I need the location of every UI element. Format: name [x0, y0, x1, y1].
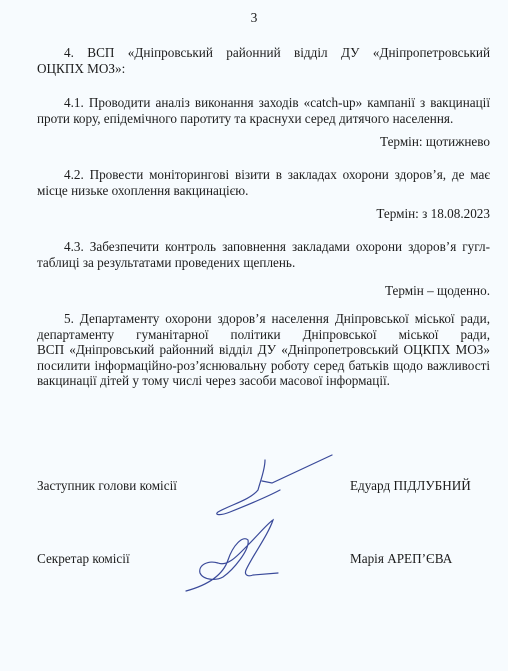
- signature-secretary-icon: [178, 515, 288, 595]
- section-4-1: 4.1. Проводити аналіз виконання заходів …: [37, 95, 490, 126]
- signature-name-secretary: Марія АРЕП’ЄВА: [350, 551, 452, 567]
- section-5-line-3: ВСП «Дніпровський районний відділ ДУ «Дн…: [37, 342, 490, 358]
- page-number: 3: [0, 10, 508, 26]
- section-4-2: 4.2. Провести моніторингові візити в зак…: [37, 167, 490, 198]
- section-4-1-line-2: проти кору, епідемічного паротиту та кра…: [37, 111, 490, 127]
- section-5: 5. Департаменту охорони здоров’я населен…: [37, 311, 490, 389]
- signature-position-secretary: Секретар комісії: [37, 551, 130, 567]
- term-4-2: Термін: з 18.08.2023: [376, 206, 490, 222]
- signature-name-deputy: Едуард ПІДЛУБНИЙ: [350, 478, 471, 494]
- section-4-1-line-1: 4.1. Проводити аналіз виконання заходів …: [37, 95, 490, 111]
- section-4: 4. ВСП «Дніпровський районний відділ ДУ …: [37, 45, 490, 76]
- section-4-2-line-2: місце низьке охоплення вакцинацією.: [37, 183, 490, 199]
- signature-position-deputy: Заступник голови комісії: [37, 478, 177, 494]
- section-5-line-2: департаменту гуманітарної політики Дніпр…: [37, 327, 490, 343]
- section-5-line-1: 5. Департаменту охорони здоров’я населен…: [37, 311, 490, 327]
- section-4-3-line-1: 4.3. Забезпечити контроль заповнення зак…: [37, 239, 490, 255]
- section-4-3-line-2: таблиці за результатами проведених щепле…: [37, 255, 490, 271]
- section-5-line-4: посилити інформаційно-роз’яснювальну роб…: [37, 358, 490, 374]
- term-4-1: Термін: щотижнево: [380, 134, 490, 150]
- section-4-line-2: ОЦКПХ МОЗ»:: [37, 61, 490, 77]
- section-4-3: 4.3. Забезпечити контроль заповнення зак…: [37, 239, 490, 270]
- section-4-line-1: 4. ВСП «Дніпровський районний відділ ДУ …: [37, 45, 490, 61]
- term-4-3: Термін – щоденно.: [385, 283, 490, 299]
- section-5-line-5: вакцинації дітей у тому числі через засо…: [37, 373, 490, 389]
- section-4-2-line-1: 4.2. Провести моніторингові візити в зак…: [37, 167, 490, 183]
